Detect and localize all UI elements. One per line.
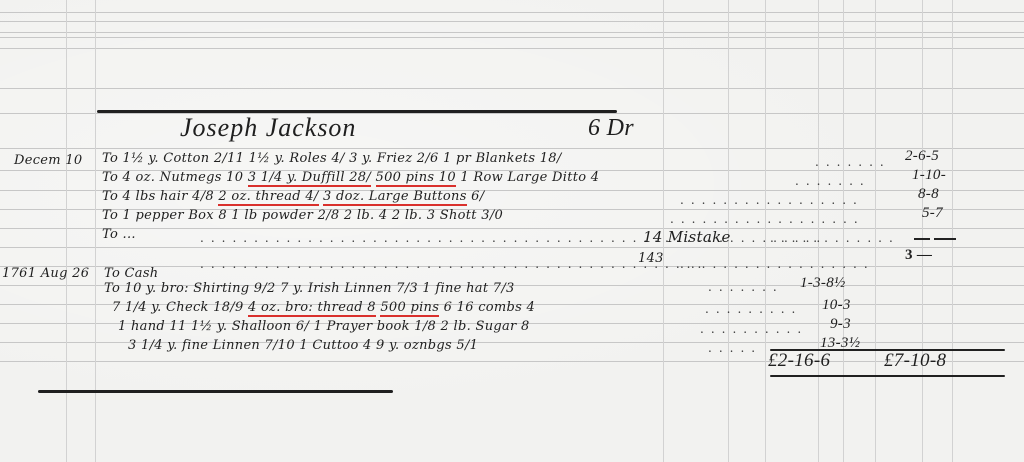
entry-amount: 8-8 xyxy=(918,186,939,203)
folio-note: 143 xyxy=(638,251,664,266)
leader-dots: ....... xyxy=(795,174,871,188)
red-underlined-item: 3 doz. Large Buttons xyxy=(323,189,467,206)
entry-amount: 9-3 xyxy=(830,316,851,333)
entry-text: To 4 oz. Nutmegs 10 3 1/4 y. Duffill 28/… xyxy=(102,170,599,185)
leader-dots: ........................................… xyxy=(200,257,708,271)
nil-dash xyxy=(934,238,956,240)
ruling-column xyxy=(922,0,923,462)
leader-dots: .......... xyxy=(700,322,808,336)
nil-dash xyxy=(914,238,930,240)
leader-dots: ....... xyxy=(708,280,784,294)
entry-amount: 3 — xyxy=(905,247,932,264)
entry-text: To 4 lbs hair 4/8 2 oz. thread 4/ 3 doz.… xyxy=(102,189,484,204)
ruling-line xyxy=(0,12,1024,13)
entry-text: To 1½ y. Cotton 2/11 1½ y. Roles 4/ 3 y.… xyxy=(102,151,562,166)
leader-dots: ................. xyxy=(680,193,864,207)
leader-dots: ....... xyxy=(815,155,891,169)
red-underlined-item: 500 pins xyxy=(380,300,439,317)
ruling-line xyxy=(0,148,1024,149)
entry-text: 3 1/4 y. fine Linnen 7/10 1 Cuttoo 4 9 y… xyxy=(128,338,478,353)
entry-amount: 2-6-5 xyxy=(905,148,939,165)
ruling-line xyxy=(0,247,1024,248)
ruling-line xyxy=(0,21,1024,22)
leader-dots: ........................................… xyxy=(200,231,827,245)
entry-date: 1761 Aug 26 xyxy=(2,266,89,281)
ruling-line xyxy=(0,32,1024,33)
ruling-line xyxy=(0,361,1024,362)
leader-dots: ............ xyxy=(770,231,900,245)
leader-dots: .................. xyxy=(670,212,865,226)
entry-date: Decem 10 xyxy=(14,153,83,168)
entry-text: To ... xyxy=(102,227,136,242)
red-underlined-item: 2 oz. thread 4/ xyxy=(218,189,318,206)
header-rule xyxy=(97,110,617,113)
closing-rule xyxy=(38,390,393,393)
entry-text: To Cash xyxy=(104,266,158,281)
ledger-page: Joseph Jackson 6 Dr Decem 10 To 1½ y. Co… xyxy=(0,0,1024,462)
ruling-line xyxy=(0,113,1024,114)
leader-dots: ..... xyxy=(708,341,762,355)
entry-amount: 5-7 xyxy=(922,205,943,222)
ruling-line xyxy=(0,48,1024,49)
debit-side-label: 6 Dr xyxy=(588,115,634,142)
entry-text: 7 1/4 y. Check 18/9 4 oz. bro: thread 8 … xyxy=(112,300,535,315)
ruling-line xyxy=(0,37,1024,38)
ruling-line xyxy=(0,88,1024,89)
grand-total-amount: £7-10-8 xyxy=(884,350,946,372)
red-underlined-item: 3 1/4 y. Duffill 28/ xyxy=(248,170,371,187)
subtotal-amount: £2-16-6 xyxy=(768,350,830,372)
mistake-note: 14 Mistake xyxy=(643,228,731,246)
entry-text: To 10 y. bro: Shirting 9/2 7 y. Irish Li… xyxy=(104,281,515,296)
ruling-line xyxy=(0,228,1024,229)
entry-amount: 1-10- xyxy=(912,167,946,184)
entry-amount: 10-3 xyxy=(822,297,851,314)
red-underlined-item: 4 oz. bro: thread 8 xyxy=(248,300,376,317)
entry-text: 1 hand 11 1½ y. Shalloon 6/ 1 Prayer boo… xyxy=(118,319,530,334)
leader-dots: .................. xyxy=(680,257,875,271)
entry-text: To 1 pepper Box 8 1 lb powder 2/8 2 lb. … xyxy=(102,208,503,223)
total-rule-bottom xyxy=(770,375,1005,377)
entry-amount: 1-3-8½ xyxy=(800,275,846,292)
ruling-column xyxy=(952,0,953,462)
leader-dots: ......... xyxy=(705,302,802,316)
red-underlined-item: 500 pins 10 xyxy=(376,170,456,187)
account-name: Joseph Jackson xyxy=(180,113,356,143)
